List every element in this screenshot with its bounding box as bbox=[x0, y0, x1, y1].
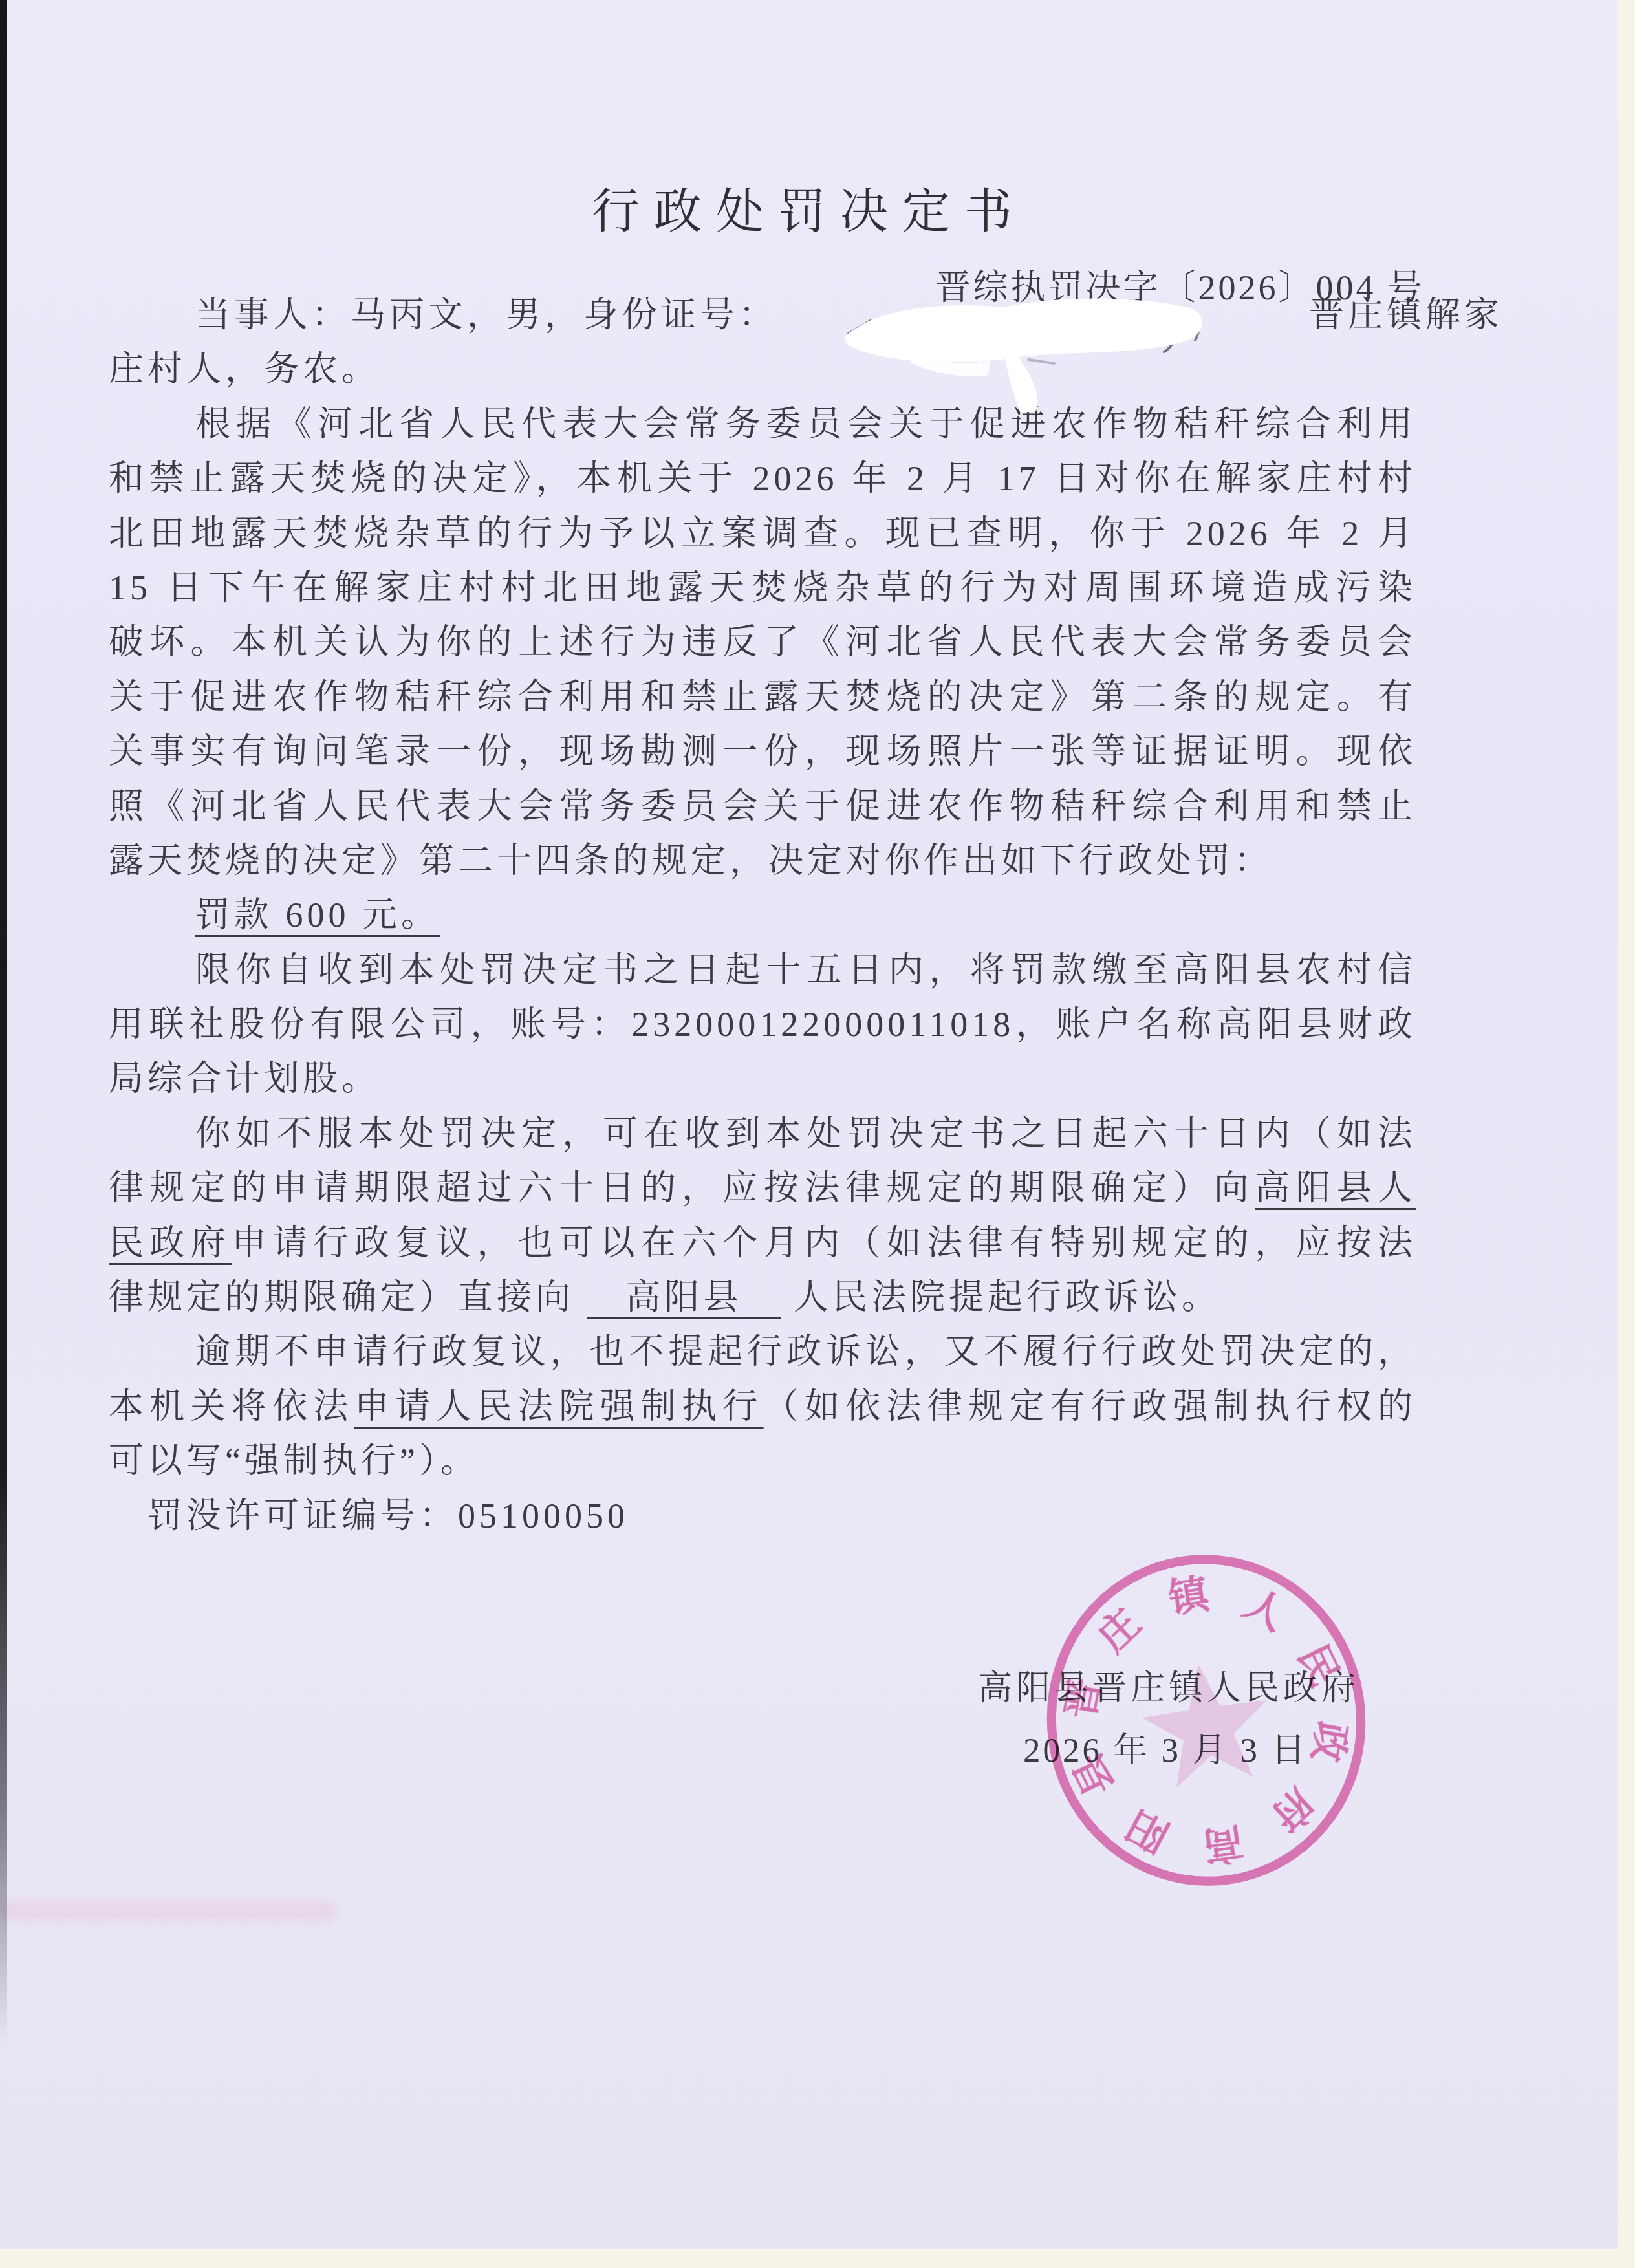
official-seal-stamp: 高阳县晋庄镇人民政府 bbox=[1019, 1528, 1394, 1919]
body-line: 律规定的期限确定）直接向 高阳县 人民法院提起行政诉讼。 bbox=[109, 1270, 1416, 1324]
text-segment: 律规定的申请期限超过六十日的，应按法律规定的期限确定）向 bbox=[109, 1169, 1255, 1207]
text-segment: 15 日下午在解家庄村村北田地露天焚烧杂草的行为对周围环境造成污染 bbox=[109, 568, 1416, 607]
id-number-redaction-whiteout bbox=[834, 283, 1229, 422]
text-segment: 用联社股份有限公司，账号：232000122000011018，账户名称高阳县财… bbox=[109, 1005, 1416, 1044]
scan-pink-smudge bbox=[0, 1901, 336, 1921]
body-line: 北田地露天焚烧杂草的行为予以立案调查。现已查明，你于 2026 年 2 月 bbox=[109, 506, 1416, 561]
body-line: 限你自收到本处罚决定书之日起十五日内，将罚款缴至高阳县农村信 bbox=[109, 943, 1416, 997]
underlined-segment: 高阳县 bbox=[587, 1278, 781, 1317]
body-line: 可以写“强制执行”）。 bbox=[109, 1434, 1416, 1488]
text-segment: 你如不服本处罚决定，可在收到本处罚决定书之日起六十日内（如法 bbox=[195, 1114, 1416, 1153]
text-segment: 破坏。本机关认为你的上述行为违反了《河北省人民代表大会常务委员会 bbox=[109, 623, 1416, 662]
seal-ring-char: 阳 bbox=[1120, 1801, 1176, 1859]
text-segment: 和禁止露天焚烧的决定》，本机关于 2026 年 2 月 17 日对你在解家庄村村 bbox=[109, 459, 1416, 498]
underlined-segment: 高阳县人 bbox=[1255, 1169, 1416, 1207]
body-line: 当事人：马丙文，男，身份证号：晋庄镇解家 bbox=[109, 288, 1503, 342]
scanned-document-page: 行政处罚决定书 晋综执罚决字〔2026〕004 号 当事人：马丙文，男，身份证号… bbox=[0, 0, 1635, 2268]
body-text: 当事人：马丙文，男，身份证号：晋庄镇解家庄村人，务农。根据《河北省人民代表大会常… bbox=[109, 288, 1416, 1543]
seal-ring-char: 晋 bbox=[1059, 1675, 1109, 1722]
scanner-edge-strip bbox=[0, 0, 7, 2044]
paper-sheet: 行政处罚决定书 晋综执罚决字〔2026〕004 号 当事人：马丙文，男，身份证号… bbox=[0, 0, 1618, 2249]
text-segment: 申请行政复议，也可以在六个月内（如法律有特别规定的，应按法 bbox=[232, 1224, 1416, 1262]
whiteout-blob bbox=[843, 294, 1206, 419]
text-segment: 可以写“强制执行”）。 bbox=[109, 1442, 479, 1480]
body-line: 15 日下午在解家庄村村北田地露天焚烧杂草的行为对周围环境造成污染 bbox=[109, 561, 1416, 615]
body-line: 照《河北省人民代表大会常务委员会关于促进农作物秸秆综合利用和禁止 bbox=[109, 779, 1416, 834]
text-segment: 逾期不申请行政复议，也不提起行政诉讼，又不履行行政处罚决定的， bbox=[195, 1332, 1416, 1371]
text-segment: 局综合计划股。 bbox=[109, 1059, 380, 1098]
text-segment: 晋庄镇解家 bbox=[1309, 288, 1503, 342]
star-icon bbox=[1136, 1655, 1277, 1791]
seal-ring-char: 府 bbox=[1262, 1780, 1323, 1840]
body-line: 露天焚烧的决定》第二十四条的规定，决定对你作出如下行政处罚： bbox=[109, 834, 1416, 888]
seal-ring-char: 庄 bbox=[1090, 1601, 1150, 1661]
seal-ring-char: 镇 bbox=[1166, 1571, 1215, 1622]
underlined-segment: 民政府 bbox=[109, 1224, 232, 1262]
body-line: 民政府申请行政复议，也可以在六个月内（如法律有特别规定的，应按法 bbox=[109, 1216, 1416, 1270]
body-line: 律规定的申请期限超过六十日的，应按法律规定的期限确定）向高阳县人 bbox=[109, 1161, 1416, 1215]
underlined-segment: 罚款 600 元。 bbox=[195, 896, 440, 934]
text-segment: 庄村人，务农。 bbox=[109, 350, 380, 389]
body-line: 关事实有询问笔录一份，现场勘测一份，现场照片一张等证据证明。现依 bbox=[109, 724, 1416, 779]
text-segment: 律规定的期限确定）直接向 bbox=[109, 1278, 587, 1317]
body-line: 罚款 600 元。 bbox=[109, 888, 1416, 942]
body-line: 和禁止露天焚烧的决定》，本机关于 2026 年 2 月 17 日对你在解家庄村村 bbox=[109, 451, 1416, 506]
text-segment: 关于促进农作物秸秆综合利用和禁止露天焚烧的决定》第二条的规定。有 bbox=[109, 678, 1416, 717]
body-line: 局综合计划股。 bbox=[109, 1052, 1416, 1106]
body-line: 用联社股份有限公司，账号：232000122000011018，账户名称高阳县财… bbox=[109, 997, 1416, 1052]
seal-ring-char: 政 bbox=[1303, 1718, 1354, 1766]
underlined-segment: 申请人民法院强制执行 bbox=[354, 1387, 764, 1426]
text-segment: 限你自收到本处罚决定书之日起十五日内，将罚款缴至高阳县农村信 bbox=[195, 951, 1416, 989]
text-segment: 照《河北省人民代表大会常务委员会关于促进农作物秸秆综合利用和禁止 bbox=[109, 787, 1416, 826]
body-line: 关于促进农作物秸秆综合利用和禁止露天焚烧的决定》第二条的规定。有 bbox=[109, 670, 1416, 724]
seal-ring-char: 高 bbox=[1200, 1819, 1246, 1868]
body-line: 你如不服本处罚决定，可在收到本处罚决定书之日起六十日内（如法 bbox=[109, 1107, 1416, 1161]
text-segment: 当事人：马丙文，男，身份证号： bbox=[195, 288, 777, 342]
text-segment: （如依法律规定有行政强制执行权的 bbox=[764, 1387, 1416, 1426]
text-segment: 本机关将依法 bbox=[109, 1387, 354, 1426]
text-segment: 罚没许可证编号：05100050 bbox=[147, 1496, 629, 1535]
document-title: 行政处罚决定书 bbox=[0, 173, 1618, 242]
text-segment: 根据《河北省人民代表大会常务委员会关于促进农作物秸秆综合利用 bbox=[195, 405, 1416, 444]
text-segment: 露天焚烧的决定》第二十四条的规定，决定对你作出如下行政处罚： bbox=[109, 841, 1273, 880]
body-line: 破坏。本机关认为你的上述行为违反了《河北省人民代表大会常务委员会 bbox=[109, 615, 1416, 669]
text-segment: 人民法院提起行政诉讼。 bbox=[781, 1278, 1221, 1317]
body-line: 逾期不申请行政复议，也不提起行政诉讼，又不履行行政处罚决定的， bbox=[109, 1324, 1416, 1379]
seal-ring-char: 人 bbox=[1237, 1582, 1293, 1639]
body-line: 本机关将依法申请人民法院强制执行（如依法律规定有行政强制执行权的 bbox=[109, 1379, 1416, 1434]
text-segment: 关事实有询问笔录一份，现场勘测一份，现场照片一张等证据证明。现依 bbox=[109, 732, 1416, 771]
text-segment: 北田地露天焚烧杂草的行为予以立案调查。现已查明，你于 2026 年 2 月 bbox=[109, 514, 1416, 553]
